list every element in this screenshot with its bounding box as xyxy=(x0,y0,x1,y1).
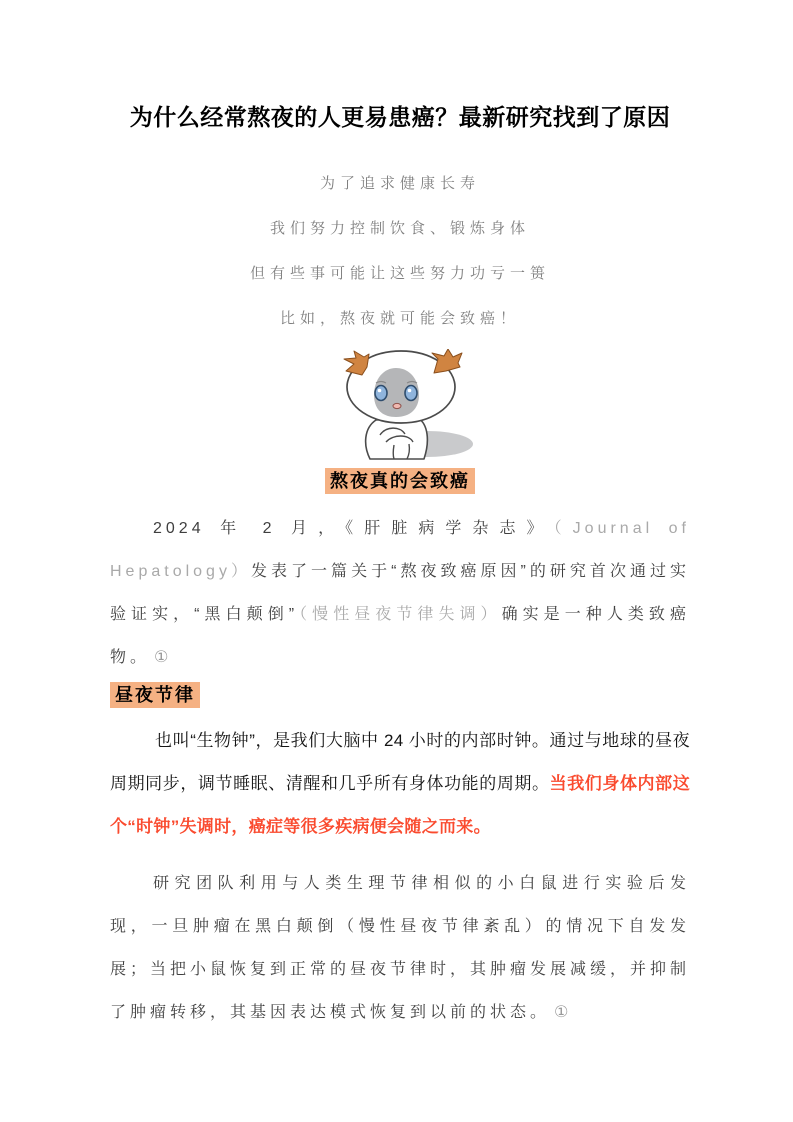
text-run-light: （慢性昼夜节律失调） xyxy=(298,606,502,623)
mascot-illustration xyxy=(110,349,690,462)
paragraph-journal-study: 2024 年 2 月，《肝脏病学杂志》（Journal of Hepatolog… xyxy=(110,507,690,679)
article-title: 为什么经常熬夜的人更易患癌？最新研究找到了原因 xyxy=(110,0,690,134)
paragraph-circadian-rhythm: 也叫“生物钟”，是我们大脑中 24 小时的内部时钟。通过与地球的昼夜周期同步，调… xyxy=(110,719,690,848)
intro-verse: 为了追求健康长寿 我们努力控制饮食、锻炼身体 但有些事可能让这些努力功亏一篑 比… xyxy=(110,161,690,341)
section-heading-highlighted: 熬夜真的会致癌 xyxy=(325,468,475,494)
text-run: 研究团队利用与人类生理节律相似的小白鼠进行实验后发现，一旦肿瘤在黑白颠倒（慢性昼… xyxy=(110,875,690,1021)
body-shape xyxy=(366,418,428,459)
mouth-shape xyxy=(393,403,401,408)
eye-highlight xyxy=(408,389,412,393)
document-page: 为什么经常熬夜的人更易患癌？最新研究找到了原因 为了追求健康长寿 我们努力控制饮… xyxy=(0,0,793,1122)
intro-line-1: 为了追求健康长寿 xyxy=(110,161,690,206)
footnote-marker: ① xyxy=(550,1004,568,1021)
baby-cartoon-image xyxy=(332,349,482,462)
section-heading-wrap: 昼夜节律 xyxy=(110,682,690,709)
eye-highlight xyxy=(378,389,382,393)
section-heading-wrap: 熬夜真的会致癌 xyxy=(110,468,690,495)
text-run: 2024 年 2 月，《肝脏病学杂志》 xyxy=(153,520,554,537)
intro-line-4: 比如，熬夜就可能会致癌！ xyxy=(110,296,690,341)
footnote-marker: ① xyxy=(150,649,168,666)
left-eye xyxy=(375,386,387,401)
section-heading-highlighted: 昼夜节律 xyxy=(110,682,200,708)
paragraph-mouse-experiment: 研究团队利用与人类生理节律相似的小白鼠进行实验后发现，一旦肿瘤在黑白颠倒（慢性昼… xyxy=(110,862,690,1034)
intro-line-3: 但有些事可能让这些努力功亏一篑 xyxy=(110,251,690,296)
intro-line-2: 我们努力控制饮食、锻炼身体 xyxy=(110,206,690,251)
right-eye xyxy=(405,386,417,401)
